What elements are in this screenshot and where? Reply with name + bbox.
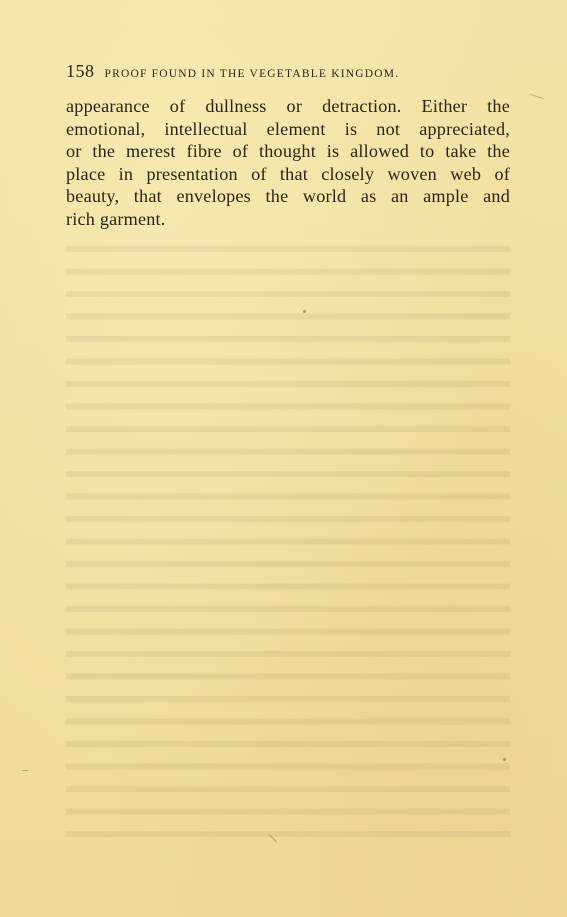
reverse-page-show-through	[66, 232, 510, 852]
text-line: emotional, intellectual element is not a…	[66, 118, 510, 141]
paper-mark	[530, 94, 544, 99]
paper-speck	[503, 758, 506, 761]
text-line: or the merest fibre of thought is allowe…	[66, 140, 510, 163]
book-page: 158 PROOF FOUND IN THE VEGETABLE KINGDOM…	[0, 0, 567, 917]
text-line: place in presentation of that closely wo…	[66, 163, 510, 186]
running-head: 158 PROOF FOUND IN THE VEGETABLE KINGDOM…	[66, 61, 506, 82]
paper-mark	[22, 770, 28, 771]
text-line: beauty, that envelopes the world as an a…	[66, 185, 510, 208]
running-head-title: PROOF FOUND IN THE VEGETABLE KINGDOM.	[105, 68, 400, 80]
body-paragraph: appearance of dullness or detraction. Ei…	[66, 95, 510, 230]
paper-speck	[303, 310, 306, 313]
paper-mark	[269, 835, 277, 843]
page-number: 158	[66, 61, 95, 82]
text-line: rich garment.	[66, 208, 510, 231]
text-line: appearance of dullness or detraction. Ei…	[66, 95, 510, 118]
